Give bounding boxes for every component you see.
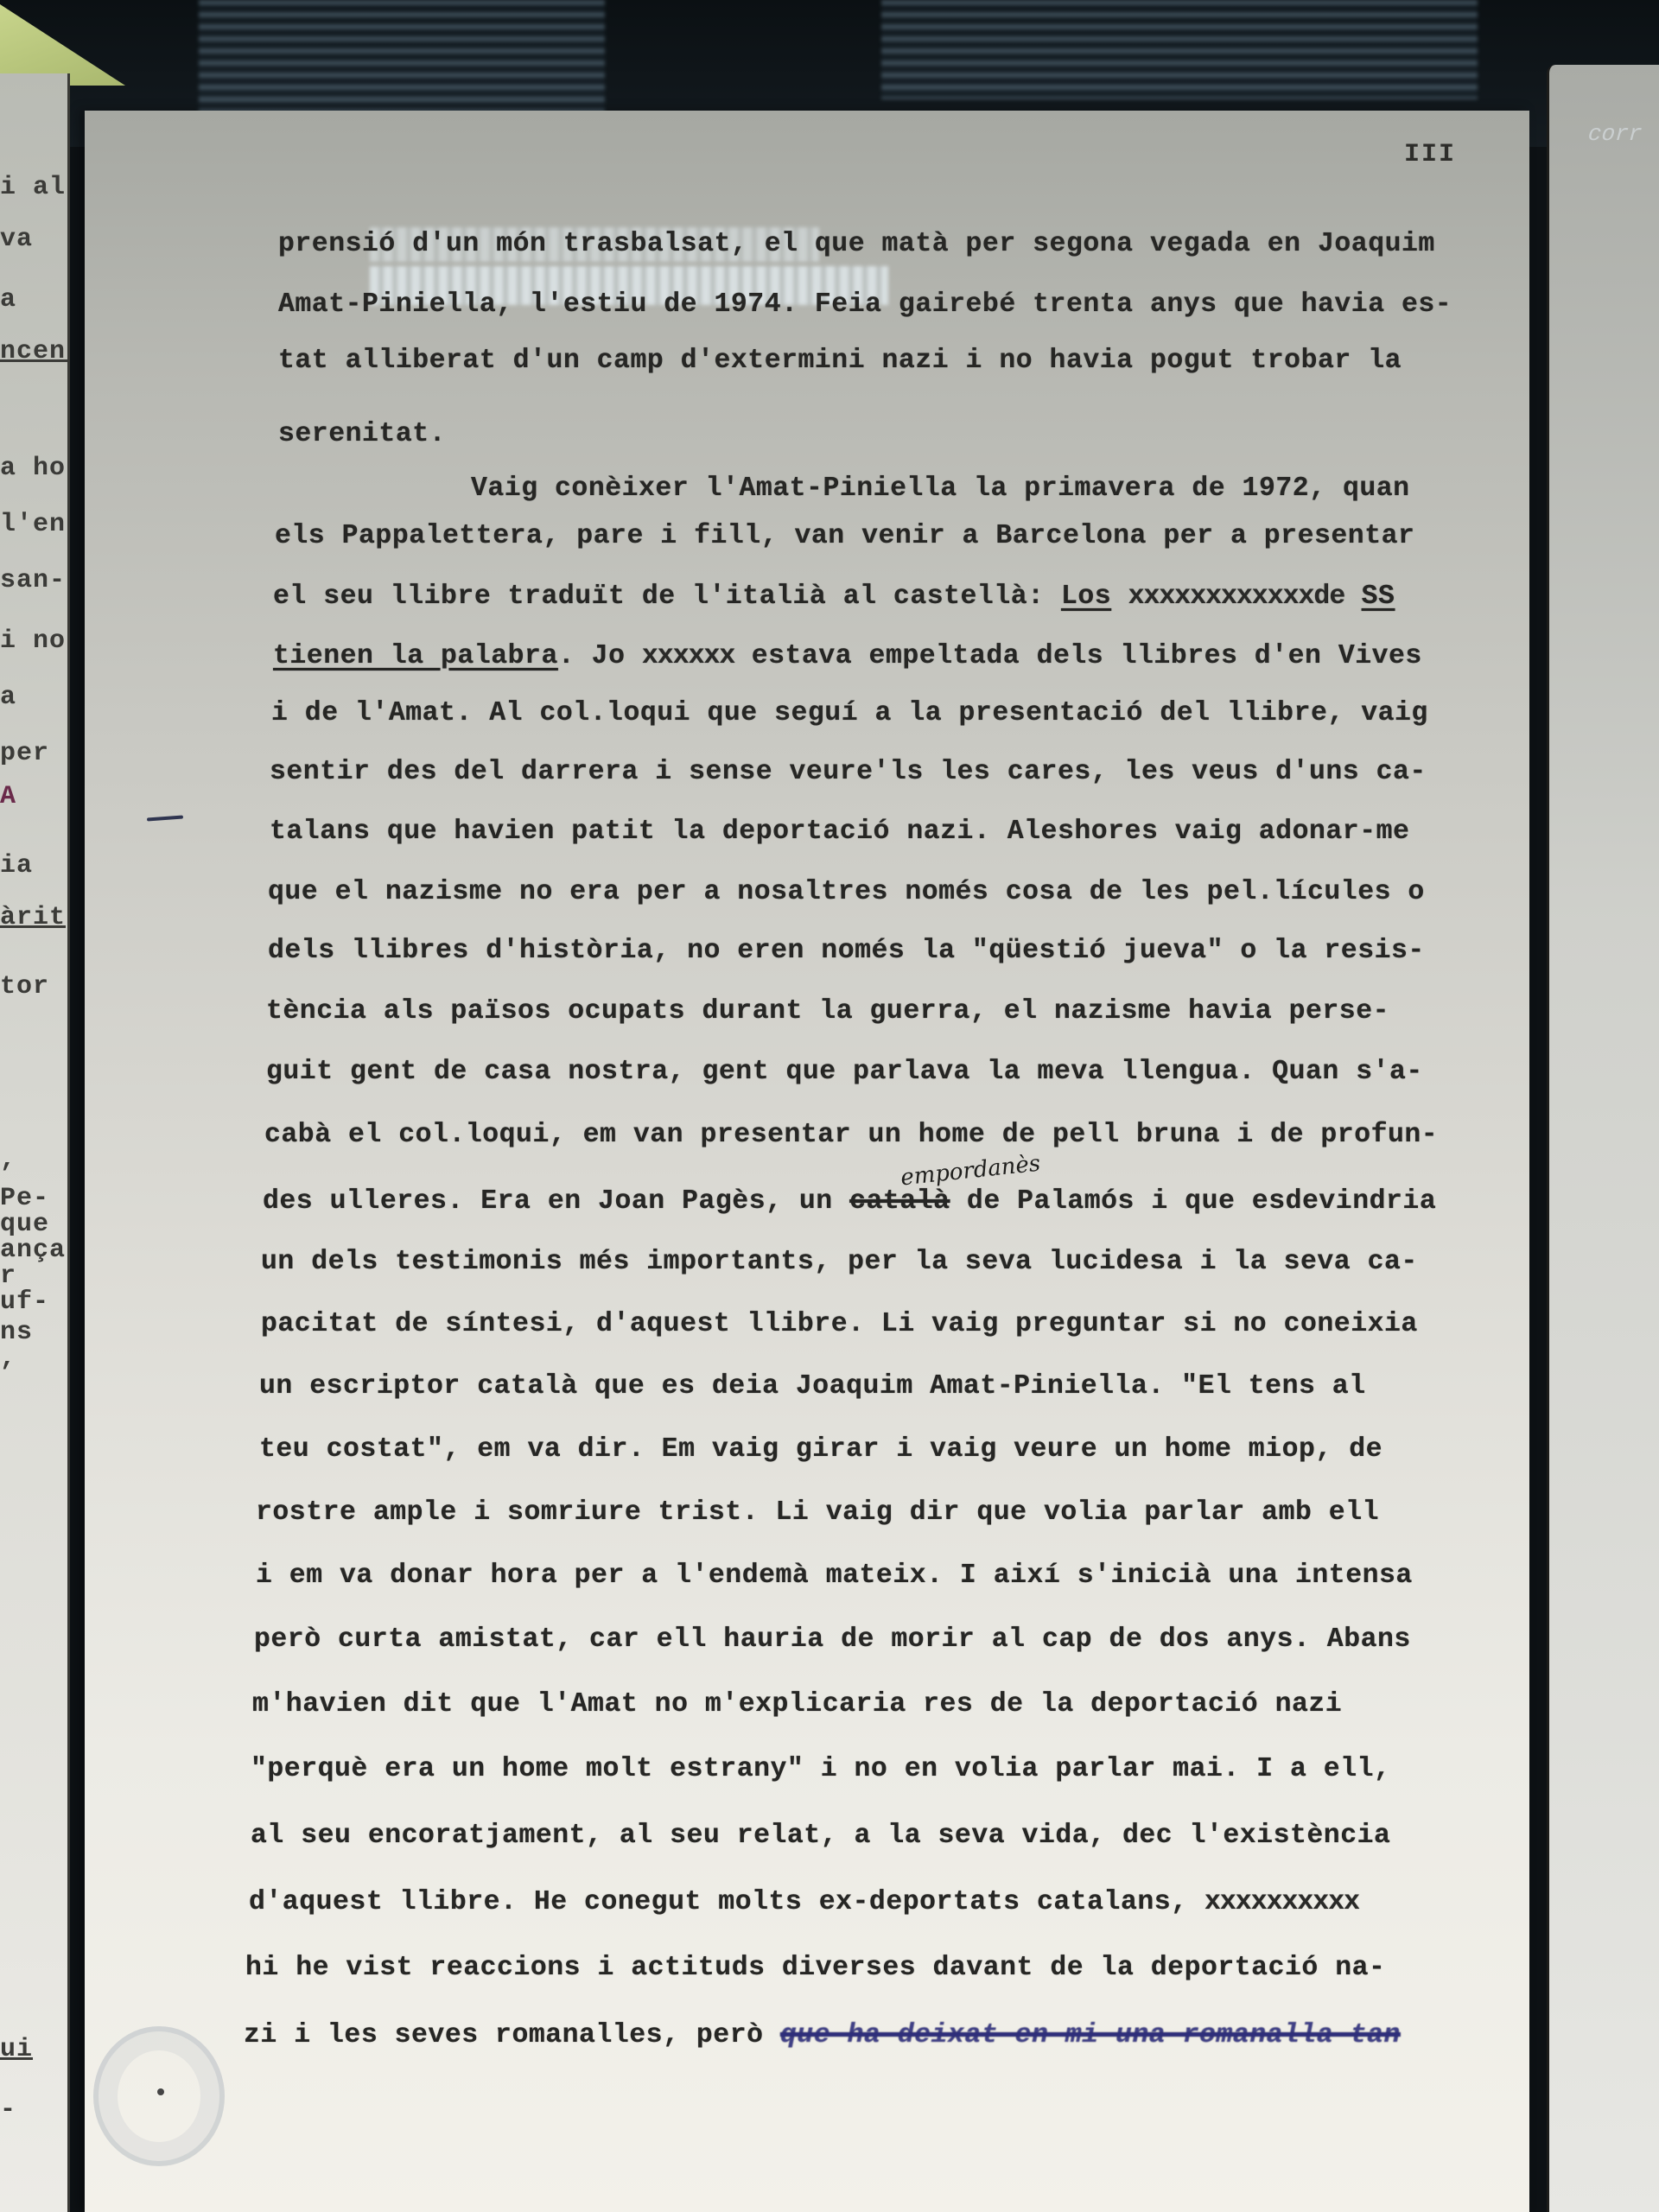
text-line: Amat-Piniella, l'estiu de 1974. Feia gai… bbox=[278, 289, 1452, 320]
text-segment: Jo bbox=[592, 641, 626, 671]
book-title-underlined: Los bbox=[1061, 582, 1111, 612]
text-segment: de Palamós i que esdevindria bbox=[950, 1186, 1437, 1217]
text-line: un escriptor català que es deia Joaquim … bbox=[259, 1371, 1366, 1402]
text-line: que el nazisme no era per a nosaltres no… bbox=[268, 877, 1425, 907]
text-line: però curta amistat, car ell hauria de mo… bbox=[254, 1624, 1411, 1655]
text-line: el seu llibre traduït de l'italià al cas… bbox=[273, 582, 1395, 612]
text-segment: el seu llibre traduït de l'italià al cas… bbox=[273, 582, 1061, 612]
text-line: dels llibres d'història, no eren només l… bbox=[268, 936, 1425, 966]
text-segment: d'aquest llibre. He conegut molts ex-dep… bbox=[249, 1887, 1205, 1917]
text-segment: des ulleres. Era en Joan Pagès, un bbox=[263, 1186, 849, 1217]
struck-out-blue-text: que ha deixat en mi una romanalla tan bbox=[780, 2020, 1401, 2050]
document-body: prensió d'un món trasbalsat, el que matà… bbox=[0, 0, 1659, 2212]
struck-word: català bbox=[849, 1186, 950, 1217]
text-line: des ulleres. Era en Joan Pagès, un catal… bbox=[263, 1186, 1436, 1217]
text-line: tència als països ocupats durant la guer… bbox=[266, 996, 1389, 1027]
text-line: d'aquest llibre. He conegut molts ex-dep… bbox=[249, 1887, 1359, 1917]
handwritten-insertion: empordanès bbox=[899, 1151, 1042, 1192]
text-line: cabà el col.loqui, em van presentar un h… bbox=[264, 1120, 1438, 1150]
text-line: serenitat. bbox=[278, 419, 446, 449]
text-line: zi i les seves romanalles, però que ha d… bbox=[244, 2020, 1401, 2050]
text-line: "perquè era un home molt estrany" i no e… bbox=[251, 1754, 1390, 1784]
text-line: els Pappalettera, pare i fill, van venir… bbox=[275, 521, 1414, 551]
text-line: guit gent de casa nostra, gent que parla… bbox=[266, 1057, 1423, 1087]
text-line: tienen la palabra. Jo xxxxxx estava empe… bbox=[273, 641, 1422, 671]
book-title-underlined: SS bbox=[1362, 582, 1395, 612]
text-line: m'havien dit que l'Amat no m'explicaria … bbox=[252, 1689, 1342, 1719]
text-line: i de l'Amat. Al col.loqui que seguí a la… bbox=[271, 698, 1428, 728]
archive-stamp-icon bbox=[93, 2026, 225, 2166]
text-line: al seu encoratjament, al seu relat, a la… bbox=[251, 1821, 1390, 1851]
book-title-underlined: tienen la palabra bbox=[273, 641, 558, 671]
text-line: Vaig conèixer l'Amat-Piniella la primave… bbox=[471, 474, 1410, 504]
typed-x-out: xxxxxx bbox=[642, 641, 734, 671]
text-line: pacitat de síntesi, d'aquest llibre. Li … bbox=[261, 1309, 1418, 1339]
text-line: sentir des del darrera i sense veure'ls … bbox=[270, 757, 1427, 787]
text-line: tat alliberat d'un camp d'extermini nazi… bbox=[278, 346, 1402, 376]
text-line: un dels testimonis més importants, per l… bbox=[261, 1247, 1418, 1277]
text-line: teu costat", em va dir. Em vaig girar i … bbox=[259, 1434, 1382, 1465]
text-segment: zi i les seves romanalles, però bbox=[244, 2020, 780, 2050]
typed-x-out: xxxxxxxxxxxxde bbox=[1128, 582, 1345, 612]
text-line: prensió d'un món trasbalsat, el que matà… bbox=[278, 229, 1435, 259]
typed-x-out: xxxxxxxxxx bbox=[1205, 1887, 1359, 1917]
margin-pen-mark bbox=[147, 816, 183, 822]
text-line: i em va donar hora per a l'endemà mateix… bbox=[256, 1560, 1413, 1591]
text-line: rostre ample i somriure trist. Li vaig d… bbox=[256, 1497, 1379, 1528]
text-line: talans que havien patit la deportació na… bbox=[270, 817, 1409, 847]
text-segment: estava empeltada dels llibres d'en Vives bbox=[734, 641, 1422, 671]
text-line: hi he vist reaccions i actituds diverses… bbox=[245, 1953, 1385, 1983]
